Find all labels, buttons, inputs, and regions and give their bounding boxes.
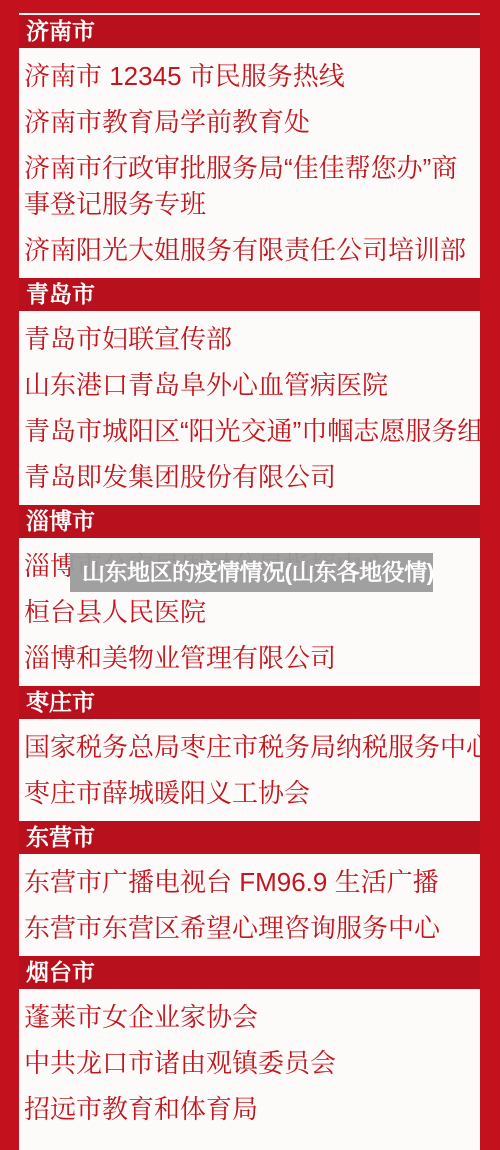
city-label: 济南市 (26, 18, 95, 44)
org-row: 中共龙口市诸由观镇委员会 (19, 1045, 480, 1081)
org-row: 济南市行政审批服务局“佳佳帮您办”商事登记服务专班 (19, 150, 480, 222)
city-header-zibo: 淄博市 (19, 505, 480, 538)
org-row: 山东港口青岛阜外心血管病医院 (19, 367, 480, 403)
city-header-jinan: 济南市 (19, 15, 480, 48)
city-header-qingdao: 青岛市 (19, 278, 480, 311)
city-header-zaozhuang: 枣庄市 (19, 686, 480, 719)
city-header-dongying: 东营市 (19, 821, 480, 854)
org-row: 国家税务总局枣庄市税务局纳税服务中心 (19, 729, 480, 765)
city-label: 烟台市 (26, 959, 95, 985)
org-row: 招远市教育和体育局 (19, 1091, 480, 1127)
city-label: 青岛市 (26, 281, 95, 307)
city-label: 东营市 (26, 824, 95, 850)
section-yantai: 烟台市 蓬莱市女企业家协会 中共龙口市诸由观镇委员会 招远市教育和体育局 (19, 956, 480, 1127)
org-row: 枣庄市薛城暖阳义工协会 (19, 775, 480, 811)
org-row: 淄博和美物业管理有限公司 (19, 640, 480, 676)
city-label: 枣庄市 (26, 689, 95, 715)
section-zaozhuang: 枣庄市 国家税务总局枣庄市税务局纳税服务中心 枣庄市薛城暖阳义工协会 (19, 686, 480, 811)
org-row: 青岛即发集团股份有限公司 (19, 459, 480, 495)
org-row: 青岛市妇联宣传部 (19, 321, 480, 357)
org-row: 济南市 12345 市民服务热线 (19, 58, 480, 94)
city-header-yantai: 烟台市 (19, 956, 480, 989)
org-row: 济南阳光大姐服务有限责任公司培训部 (19, 232, 480, 268)
section-jinan: 济南市 济南市 12345 市民服务热线 济南市教育局学前教育处 济南市行政审批… (19, 15, 480, 268)
section-dongying: 东营市 东营市广播电视台 FM96.9 生活广播 东营市东营区希望心理咨询服务中… (19, 821, 480, 946)
org-row: 青岛市城阳区“阳光交通”巾帼志愿服务组织 (19, 413, 480, 449)
org-row: 济南市教育局学前教育处 (19, 104, 480, 140)
watermark-title-bar: 山东地区的疫情情况(山东各地役情) (70, 553, 433, 592)
city-label: 淄博市 (26, 508, 95, 534)
org-row: 蓬莱市女企业家协会 (19, 999, 480, 1035)
org-row: 东营市东营区希望心理咨询服务中心 (19, 910, 480, 946)
org-row: 东营市广播电视台 FM96.9 生活广播 (19, 864, 480, 900)
org-row: 桓台县人民医院 (19, 594, 480, 630)
section-qingdao: 青岛市 青岛市妇联宣传部 山东港口青岛阜外心血管病医院 青岛市城阳区“阳光交通”… (19, 278, 480, 495)
